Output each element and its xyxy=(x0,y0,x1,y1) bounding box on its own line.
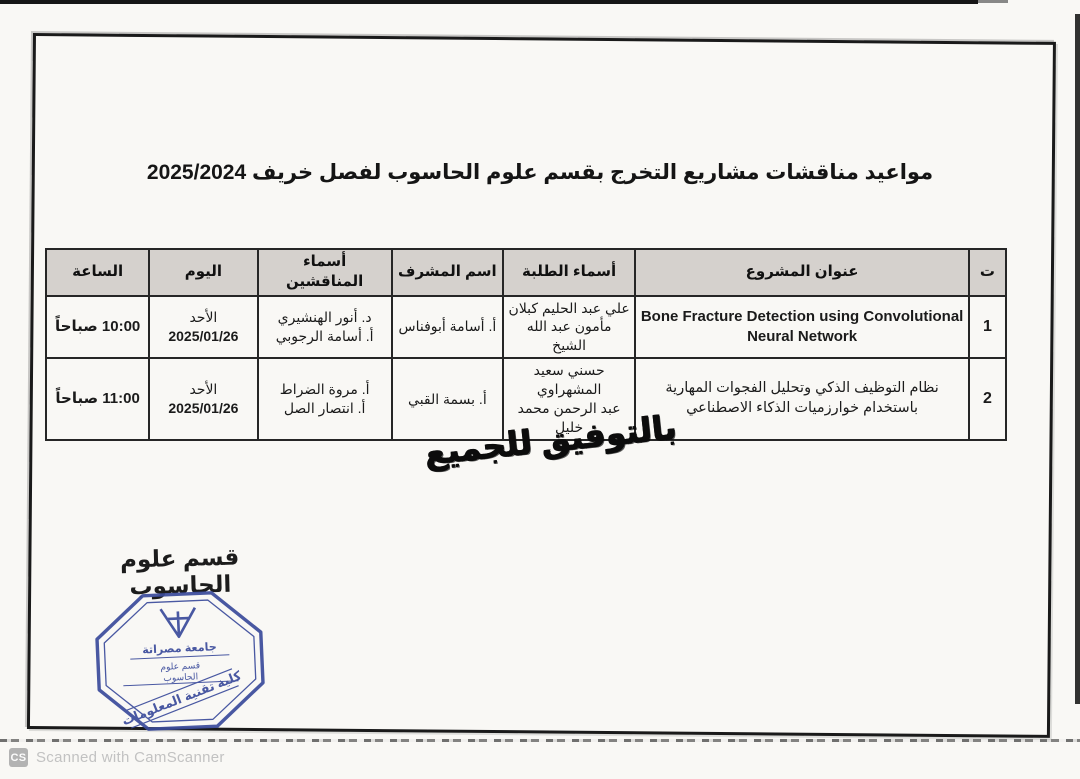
date-value: 2025/01/26 xyxy=(154,399,252,418)
examiner-name: أ. أسامة الرجوبي xyxy=(263,327,387,346)
row-number: 1 xyxy=(969,296,1006,359)
header-time: الساعة xyxy=(46,249,149,296)
header-number: ت xyxy=(969,249,1006,296)
students-cell: علي عبد الحليم كبلان مأمون عبد الله الشي… xyxy=(503,296,635,359)
department-stamp: جامعة مصراتة قسم علوم الحاسوب كلية تقنية… xyxy=(91,586,269,735)
examiner-name: أ. انتصار الصل xyxy=(263,399,387,418)
camscanner-watermark: CS Scanned with CamScanner xyxy=(9,748,225,767)
header-project-title: عنوان المشروع xyxy=(635,249,969,296)
stamp-trident-logo-icon xyxy=(161,608,197,638)
time-cell: 10:00 صباحاً xyxy=(46,296,149,359)
document-title: مواعيد مناقشات مشاريع التخرج بقسم علوم ا… xyxy=(0,160,1080,185)
student-name: علي عبد الحليم كبلان xyxy=(508,299,630,318)
stamp-department-line2: الحاسوب xyxy=(163,671,198,683)
header-students: أسماء الطلبة xyxy=(503,249,635,296)
project-title-cell: Bone Fracture Detection using Convolutio… xyxy=(635,296,969,359)
camscanner-text: Scanned with CamScanner xyxy=(36,749,225,766)
student-name: حسني سعيد المشهراوي xyxy=(508,361,630,399)
examiners-cell: د. أنور الهنشيري أ. أسامة الرجوبي xyxy=(258,296,392,359)
date-value: 2025/01/26 xyxy=(154,327,252,346)
scan-edge-right xyxy=(1075,14,1080,704)
supervisor-cell: أ. أسامة أبوفناس xyxy=(392,296,503,359)
examiner-name: د. أنور الهنشيري xyxy=(263,308,387,327)
stamp-university-name: جامعة مصراتة xyxy=(142,641,217,656)
header-examiners: أسماء المناقشين xyxy=(258,249,392,296)
table-row: 1 Bone Fracture Detection using Convolut… xyxy=(46,296,1006,359)
day-name: الأحد xyxy=(154,308,252,327)
time-cell: 11:00 صباحاً xyxy=(46,358,149,440)
student-name: مأمون عبد الله الشيخ xyxy=(508,317,630,355)
day-cell: الأحد 2025/01/26 xyxy=(149,358,257,440)
header-supervisor: اسم المشرف xyxy=(392,249,503,296)
row-number: 2 xyxy=(969,358,1006,440)
day-cell: الأحد 2025/01/26 xyxy=(149,296,257,359)
examiners-cell: أ. مروة الضراط أ. انتصار الصل xyxy=(258,358,392,440)
examiner-name: أ. مروة الضراط xyxy=(263,380,387,399)
camscanner-icon: CS xyxy=(9,748,28,767)
table-header-row: ت عنوان المشروع أسماء الطلبة اسم المشرف … xyxy=(46,249,1006,296)
defense-schedule-table: ت عنوان المشروع أسماء الطلبة اسم المشرف … xyxy=(45,248,1007,441)
scan-edge-bottom-shadow xyxy=(0,739,1080,742)
scanned-document-page: { "document": { "title": "مواعيد مناقشات… xyxy=(0,0,1080,779)
header-day: اليوم xyxy=(149,249,257,296)
day-name: الأحد xyxy=(154,380,252,399)
scan-edge-top xyxy=(0,0,978,4)
scan-edge-top-nub xyxy=(978,0,1008,3)
